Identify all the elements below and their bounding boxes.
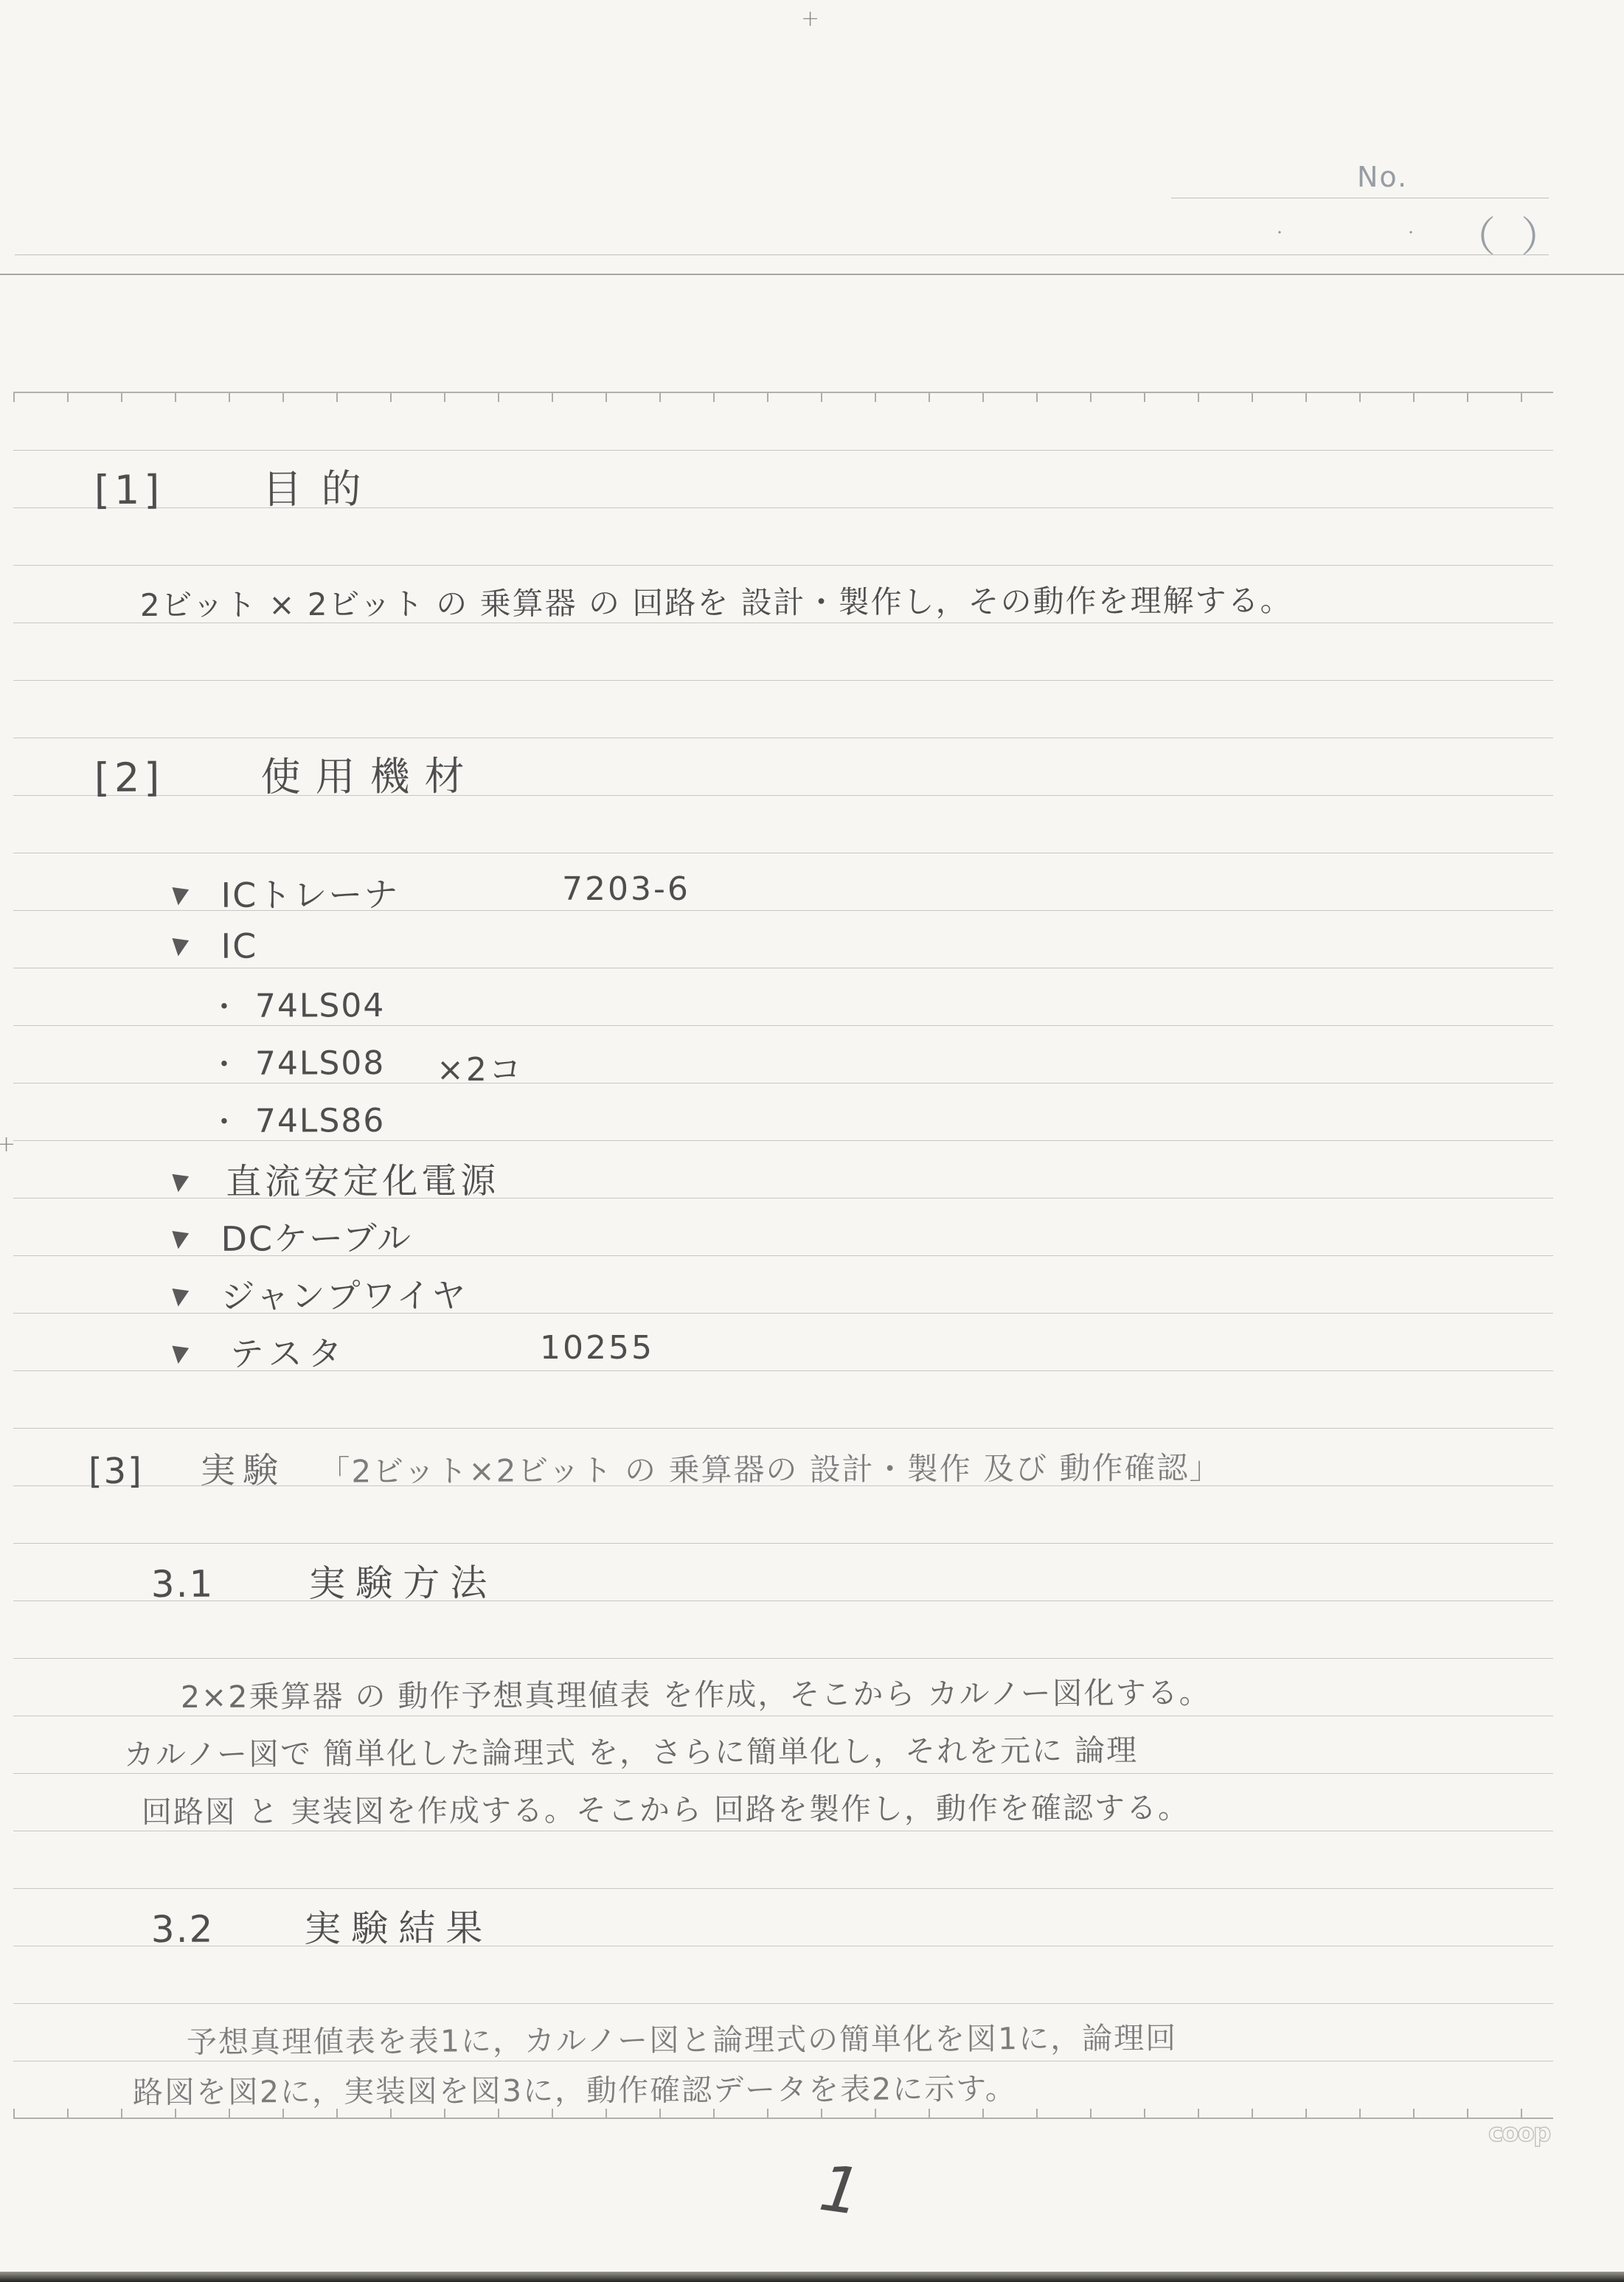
item-text: DCケーブル — [221, 1218, 412, 1259]
list-item: ・ 74LS04 — [209, 983, 386, 1026]
sub31-title: 実験方法 — [308, 1561, 497, 1605]
item-note: ×2コ — [437, 1043, 524, 1090]
sub31-line2: カルノー図で 簡単化した論理式 を，さらに簡単化し，それを元に 論理 — [124, 1726, 1138, 1774]
triangle-bullet-icon: ▼ — [170, 881, 192, 909]
item-text: 74LS04 — [255, 987, 386, 1025]
scan-edge — [0, 2272, 1624, 2282]
section3-heading: [3] 実験 「2ビット×2ビット の 乗算器の 設計・製作 及び 動作確認」 — [89, 1437, 1222, 1494]
list-item: ▼ ICトレーナ — [171, 868, 400, 918]
paren-close: ） — [1521, 205, 1562, 264]
list-item: ・ 74LS86 — [209, 1098, 386, 1141]
item-text: 直流安定化電源 — [226, 1160, 499, 1203]
dot-bullet-icon: ・ — [209, 1099, 240, 1141]
section1-title: 目的 — [262, 465, 380, 513]
dot-bullet-icon: ・ — [209, 1041, 240, 1083]
header-rule-heavy — [0, 274, 1624, 275]
list-item: ▼ IC — [171, 926, 258, 966]
item-text: ICトレーナ — [221, 875, 399, 915]
top-rule-ticks — [13, 393, 1553, 402]
sub32-line2: 路図を図2に，実装図を図3に，動作確認データを表2に示す。 — [133, 2064, 1017, 2112]
item-text: ジャンプワイヤ — [221, 1275, 467, 1316]
section1-label: [1] — [94, 467, 164, 513]
list-item: ▼ 直流安定化電源 — [171, 1152, 500, 1204]
section3-title: 実験 — [200, 1450, 285, 1492]
sub31-line3: 回路図 と 実装図を作成する。そこから 回路を製作し，動作を確認する。 — [142, 1783, 1190, 1831]
sub31-heading: 3.1 実験方法 — [151, 1553, 498, 1608]
coop-logo: coop — [1488, 2118, 1550, 2148]
section3-subtitle: 「2ビット×2ビット の 乗算器の 設計・製作 及び 動作確認」 — [319, 1449, 1221, 1489]
sub32-title: 実験結果 — [304, 1907, 493, 1950]
date-separator-2: ・ — [1404, 223, 1417, 242]
section2-heading: [2] 使用機材 — [94, 745, 479, 803]
header-rule-thin — [15, 254, 1549, 255]
triangle-bullet-icon: ▼ — [170, 1225, 192, 1253]
section1-heading: [1] 目的 — [94, 457, 381, 516]
item-note: 7203-6 — [562, 870, 690, 908]
section3-label: [3] — [89, 1451, 143, 1492]
triangle-bullet-icon: ▼ — [170, 1168, 194, 1196]
triangle-bullet-icon: ▼ — [170, 1340, 196, 1369]
item-text: テスタ — [229, 1334, 347, 1374]
list-item: ▼ ジャンプワイヤ — [171, 1269, 468, 1319]
sub32-line1: 予想真理値表を表1に，カルノー図と論理式の簡単化を図1に，論理回 — [187, 2014, 1178, 2061]
section2-title: 使用機材 — [260, 753, 479, 800]
triangle-bullet-icon: ▼ — [170, 1283, 192, 1311]
date-separator-1: ・ — [1273, 223, 1286, 242]
section2-label: [2] — [94, 755, 164, 801]
bottom-rule — [13, 2118, 1553, 2119]
no-label: No. — [1357, 161, 1408, 193]
list-item: ▼ DCケーブル — [171, 1212, 412, 1261]
triangle-bullet-icon: ▼ — [170, 932, 192, 960]
dot-bullet-icon: ・ — [209, 984, 240, 1026]
no-underline — [1171, 198, 1549, 198]
paren-open: （ — [1454, 205, 1496, 264]
sub31-line1: 2×2乗算器 の 動作予想真理値表 を作成，そこから カルノー図化する。 — [181, 1668, 1211, 1716]
page-number: 1 — [815, 2151, 865, 2230]
sub32-number: 3.2 — [151, 1908, 215, 1951]
sub31-number: 3.1 — [151, 1563, 215, 1606]
item-text: 74LS86 — [255, 1102, 386, 1140]
sub32-heading: 3.2 実験結果 — [151, 1898, 493, 1953]
list-item: ・ 74LS08 — [209, 1041, 386, 1083]
item-text: 74LS08 — [255, 1044, 386, 1083]
item-note: 10255 — [540, 1329, 654, 1367]
crop-mark-top: + — [801, 6, 819, 32]
list-item: ▼ テスタ — [171, 1327, 348, 1376]
section1-body: 2ビット × 2ビット の 乗算器 の 回路を 設計・製作し，その動作を理解する… — [140, 576, 1293, 625]
item-text: IC — [221, 926, 257, 965]
